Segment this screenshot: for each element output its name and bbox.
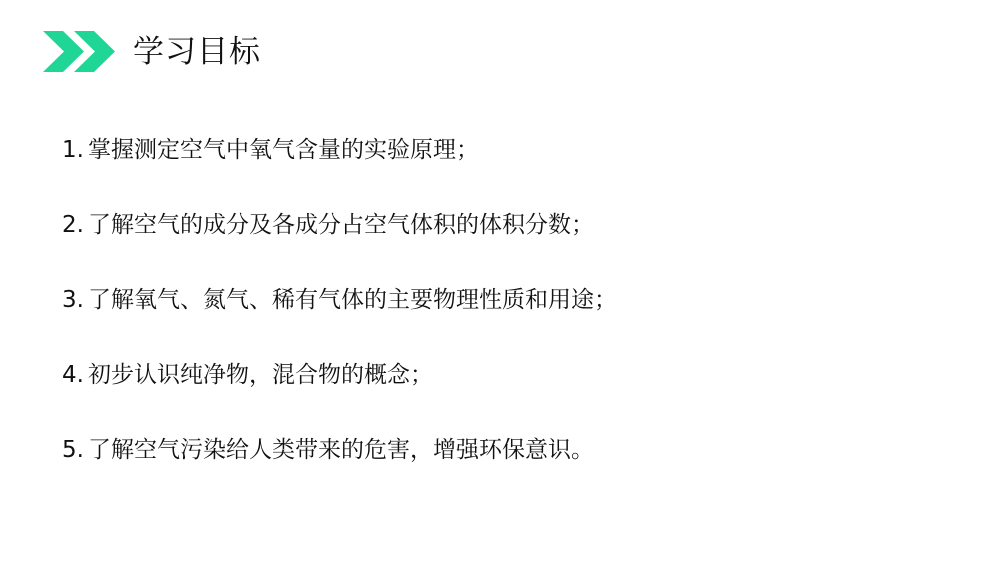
objective-number: 2. [62,208,84,242]
objective-text: 初步认识纯净物，混合物的概念； [88,362,433,388]
objective-number: 5. [62,433,84,467]
objective-item: 3.了解氧气、氮气、稀有气体的主要物理性质和用途； [62,283,617,317]
objective-number: 3. [62,283,84,317]
objective-number: 1. [62,133,84,167]
objective-text: 了解氧气、氮气、稀有气体的主要物理性质和用途； [88,287,617,313]
learning-objectives-list: 1.掌握测定空气中氧气含量的实验原理； 2.了解空气的成分及各成分占空气体积的体… [62,133,617,508]
objective-item: 5.了解空气污染给人类带来的危害，增强环保意识。 [62,433,617,467]
objective-number: 4. [62,358,84,392]
objective-text: 了解空气污染给人类带来的危害，增强环保意识。 [88,437,594,463]
slide-header: 学习目标 [0,0,1000,100]
objective-item: 1.掌握测定空气中氧气含量的实验原理； [62,133,617,167]
objective-text: 了解空气的成分及各成分占空气体积的体积分数； [88,212,594,238]
objective-item: 4.初步认识纯净物，混合物的概念； [62,358,617,392]
double-chevron-right-icon [43,31,117,72]
objective-item: 2.了解空气的成分及各成分占空气体积的体积分数； [62,208,617,242]
objective-text: 掌握测定空气中氧气含量的实验原理； [88,137,479,163]
page-title: 学习目标 [133,30,261,74]
